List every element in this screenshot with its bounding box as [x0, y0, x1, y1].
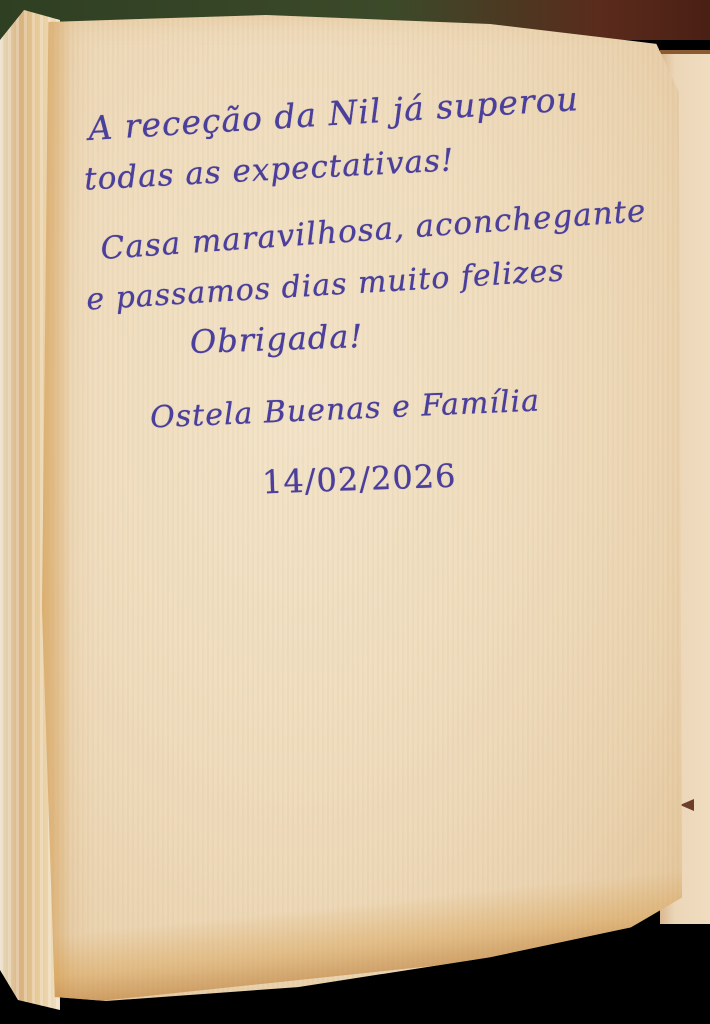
bottom-edge-stain [42, 870, 682, 1007]
guestbook-photo: A receção da Nil já superou todas as exp… [0, 0, 710, 1024]
handwritten-thanks: Obrigada! [189, 317, 363, 361]
entry-date: 14/02/2026 [261, 457, 457, 502]
page-tear [680, 799, 694, 811]
